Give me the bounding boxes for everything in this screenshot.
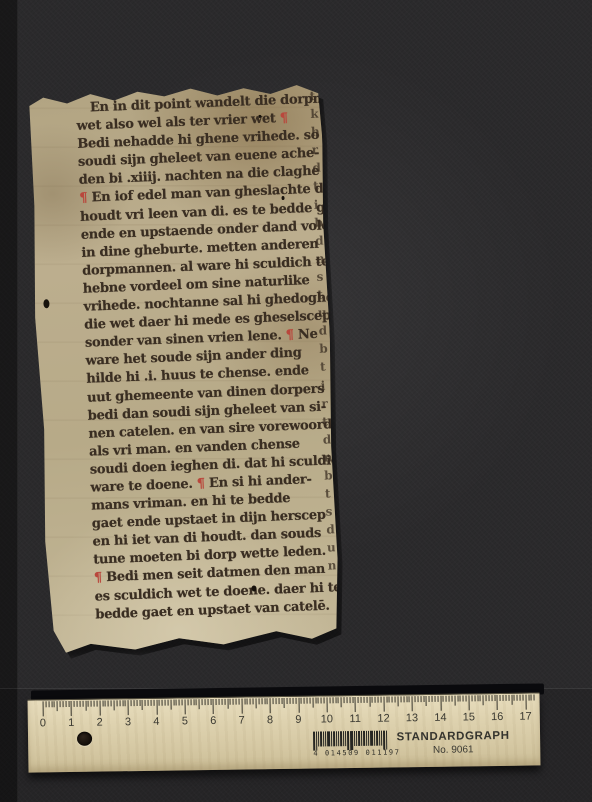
ruler-tick: [102, 701, 103, 707]
ruler-tick: [77, 701, 78, 707]
ruler-tick: [258, 698, 259, 704]
ruler-tick: [278, 698, 279, 704]
ruler-tick: [449, 696, 450, 702]
ruler-tick: [94, 701, 95, 707]
ruler-tick: [358, 697, 359, 703]
ruler-number: 7: [233, 714, 251, 726]
ruler-tick: [241, 699, 242, 714]
ruler-tick: [125, 700, 126, 706]
ruler-tick: [82, 701, 83, 707]
ruler-tick: [505, 695, 506, 701]
ruler-tick: [233, 699, 234, 705]
ruler-tick: [338, 697, 339, 703]
ruler-tick: [344, 697, 345, 703]
ruler-tick: [275, 698, 276, 704]
ruler-tick: [256, 698, 257, 708]
ruler-tick: [96, 701, 97, 707]
ruler-tick: [119, 700, 120, 706]
ruler-tick: [108, 700, 109, 706]
ruler-tick: [511, 695, 512, 705]
ruler-tick: [85, 701, 86, 711]
ruler-number: 10: [318, 713, 336, 725]
ruler-tick: [389, 697, 390, 703]
ruler-tick: [247, 698, 248, 704]
ruler-tick: [429, 696, 430, 702]
ruler-tick: [366, 697, 367, 703]
ruler-tick: [327, 697, 328, 712]
ruler-tick: [261, 698, 262, 704]
ruler-number: 16: [488, 711, 506, 723]
ruler-tick: [398, 696, 399, 706]
ruler-tick: [474, 695, 475, 701]
ruler-tick: [500, 695, 501, 701]
manuscript-leaf: En in dit point wandelt die dorpmewet al…: [25, 83, 341, 654]
ruler-tick: [466, 695, 467, 701]
ruler-tick: [131, 700, 132, 706]
ruler-tick: [378, 697, 379, 703]
ruler-tick: [122, 700, 123, 706]
felt-left-edge: [0, 0, 18, 802]
ruler-tick: [159, 700, 160, 706]
ruler-tick: [514, 695, 515, 701]
ruler-number: 6: [204, 715, 222, 727]
ruler-tick: [128, 700, 129, 715]
ruler-tick: [204, 699, 205, 705]
ruler-tick: [105, 700, 106, 706]
ruler-hanging-hole: [77, 732, 92, 746]
ruler-tick: [477, 695, 478, 701]
ruler-tick: [451, 696, 452, 702]
ruler-tick: [491, 695, 492, 701]
ruler-number: 11: [346, 713, 364, 725]
ruler-tick: [150, 700, 151, 706]
rubric-mark: ¶: [94, 571, 107, 586]
ruler-tick: [412, 696, 413, 711]
ruler-tick: [503, 695, 504, 701]
ruler-tick: [525, 695, 526, 710]
ruler-tick: [156, 700, 157, 715]
ruler-tick: [74, 701, 75, 707]
ruler-tick: [133, 700, 134, 706]
ruler-tick: [227, 699, 228, 709]
ruler-tick: [273, 698, 274, 704]
ruler-tick: [361, 697, 362, 703]
ruler-tick: [446, 696, 447, 702]
ruler-tick: [318, 698, 319, 704]
ruler-tick: [440, 696, 441, 711]
ruler-tick: [426, 696, 427, 706]
ink-blot: [43, 299, 49, 308]
ruler-tick: [420, 696, 421, 702]
ruler-tick: [369, 697, 370, 707]
ruler-tick: [380, 697, 381, 703]
ruler-number: 15: [460, 711, 478, 723]
rubric-mark: ¶: [79, 191, 92, 206]
rubric-mark: ¶: [280, 111, 289, 126]
ruler-number: 3: [119, 716, 137, 728]
ruler-tick: [190, 699, 191, 705]
ruler-tick: [148, 700, 149, 706]
ruler-tick: [139, 700, 140, 706]
ruler-tick: [62, 701, 63, 707]
ruler-tick: [386, 697, 387, 703]
ruler-tick: [230, 699, 231, 705]
ruler-tick: [88, 701, 89, 707]
ruler-tick: [520, 695, 521, 701]
ruler-brandbox: STANDARDGRAPH No. 9061: [378, 730, 528, 757]
ruler-tick: [346, 697, 347, 703]
ruler-tick: [207, 699, 208, 705]
ruler-tick: [392, 696, 393, 702]
ruler-tick: [187, 699, 188, 705]
ruler-tick: [324, 697, 325, 703]
ruler-tick: [298, 698, 299, 713]
ruler-tick: [173, 700, 174, 706]
ruler-number: 12: [375, 712, 393, 724]
ruler-tick: [443, 696, 444, 702]
ruler-tick: [193, 699, 194, 705]
ruler-tick: [400, 696, 401, 702]
ruler-number: 14: [431, 712, 449, 724]
ruler-tick: [45, 701, 46, 707]
ruler-tick: [457, 696, 458, 702]
ruler-tick: [162, 700, 163, 706]
ruler-tick: [167, 700, 168, 706]
ruler-tick: [267, 698, 268, 704]
ruler-tick: [329, 697, 330, 703]
ruler-tick: [199, 699, 200, 709]
ruler-brand-label: STANDARDGRAPH: [378, 730, 528, 744]
ruler-tick: [290, 698, 291, 704]
ruler-tick: [213, 699, 214, 714]
ruler-tick: [321, 697, 322, 703]
ruler-tick: [170, 700, 171, 710]
ruler-tick: [312, 698, 313, 708]
ruler-tick: [57, 701, 58, 711]
ruler-tick: [176, 699, 177, 705]
ruler-tick: [185, 699, 186, 714]
ruler-tick: [352, 697, 353, 703]
ruler-tick: [355, 697, 356, 712]
ruler-tick: [415, 696, 416, 702]
ruler-tick: [253, 698, 254, 704]
ruler-tick: [48, 701, 49, 707]
ruler-tick: [60, 701, 61, 707]
ruler-tick: [51, 701, 52, 707]
ruler-tick: [250, 698, 251, 704]
ruler-tick: [332, 697, 333, 703]
ruler-tick: [480, 695, 481, 701]
ruler-tick: [238, 699, 239, 705]
ruler-tick: [463, 695, 464, 701]
ruler-tick: [315, 698, 316, 704]
ruler-tick: [437, 696, 438, 702]
ruler-tick: [179, 699, 180, 705]
ruler-tick: [375, 697, 376, 703]
ruler-number: 0: [34, 717, 52, 729]
ruler-tick: [349, 697, 350, 703]
ruler-tick: [281, 698, 282, 704]
ruler-number: 2: [91, 716, 109, 728]
ruler-tick: [284, 698, 285, 708]
ruler-tick: [534, 694, 535, 700]
ruler-tick: [91, 701, 92, 707]
ruler-tick: [497, 695, 498, 710]
ruler-tick: [483, 695, 484, 705]
ruler-tick: [71, 701, 72, 716]
ruler-number: 5: [176, 715, 194, 727]
ruler-number: 4: [147, 716, 165, 728]
ruler-tick: [471, 695, 472, 701]
ink-speck: [281, 196, 284, 200]
ruler-tick: [219, 699, 220, 705]
ruler-tick: [528, 695, 529, 701]
ruler-tick: [363, 697, 364, 703]
ruler-tick: [244, 699, 245, 705]
ruler-tick: [517, 695, 518, 701]
ruler-tick: [111, 700, 112, 706]
ruler-tick: [210, 699, 211, 705]
ruler-tick: [335, 697, 336, 703]
manuscript-text: En in dit point wandelt die dorpmewet al…: [76, 91, 338, 625]
ruler: 01234567891011121314151617 4 014509 0111…: [28, 692, 541, 772]
ruler-number: 13: [403, 712, 421, 724]
ruler-tick: [508, 695, 509, 701]
ruler-tick: [494, 695, 495, 701]
ruler-number: 8: [261, 714, 279, 726]
ruler-tick: [153, 700, 154, 706]
ruler-tick: [221, 699, 222, 705]
ruler-tick: [486, 695, 487, 701]
ruler-tick: [270, 698, 271, 713]
ruler-tick: [224, 699, 225, 705]
ruler-tick: [341, 697, 342, 707]
ruler-tick: [469, 695, 470, 710]
ruler-tick: [488, 695, 489, 701]
ruler-tick: [304, 698, 305, 704]
ruler-tick: [79, 701, 80, 707]
ruler-tick: [307, 698, 308, 704]
ruler-tick: [383, 697, 384, 712]
ruler-tick: [142, 700, 143, 710]
ruler-tick: [54, 701, 55, 707]
ruler-tick: [403, 696, 404, 702]
ruler-tick: [264, 698, 265, 704]
ruler-tick: [301, 698, 302, 704]
ruler-tick: [372, 697, 373, 703]
ruler-tick: [116, 700, 117, 706]
ruler-tick: [406, 696, 407, 702]
ruler-tick: [236, 699, 237, 705]
ruler-number: 9: [289, 714, 307, 726]
ruler-tick: [165, 700, 166, 706]
ruler-model-label: No. 9061: [378, 744, 528, 757]
ruler-tick: [114, 700, 115, 710]
ruler-number: 17: [517, 711, 535, 723]
ruler-tick: [432, 696, 433, 702]
ruler-tick: [531, 695, 532, 701]
ruler-tick: [43, 701, 44, 716]
ruler-tick: [99, 701, 100, 716]
ruler-tick: [145, 700, 146, 706]
ruler-tick: [460, 696, 461, 702]
ruler-tick: [196, 699, 197, 705]
ruler-tick: [434, 696, 435, 702]
ruler-tick: [287, 698, 288, 704]
ruler-tick: [182, 699, 183, 705]
ruler-tick: [409, 696, 410, 702]
ruler-tick: [202, 699, 203, 705]
ruler-tick: [136, 700, 137, 706]
ruler-tick: [216, 699, 217, 705]
ruler-tick: [454, 696, 455, 706]
ruler-tick: [522, 695, 523, 701]
ruler-tick: [292, 698, 293, 704]
ruler-tick: [65, 701, 66, 707]
ruler-tick: [423, 696, 424, 702]
ruler-tick: [309, 698, 310, 704]
ruler-number: 1: [62, 717, 80, 729]
ruler-tick: [68, 701, 69, 707]
ruler-tick: [395, 696, 396, 702]
ruler-tick: [295, 698, 296, 704]
ruler-tick: [417, 696, 418, 702]
